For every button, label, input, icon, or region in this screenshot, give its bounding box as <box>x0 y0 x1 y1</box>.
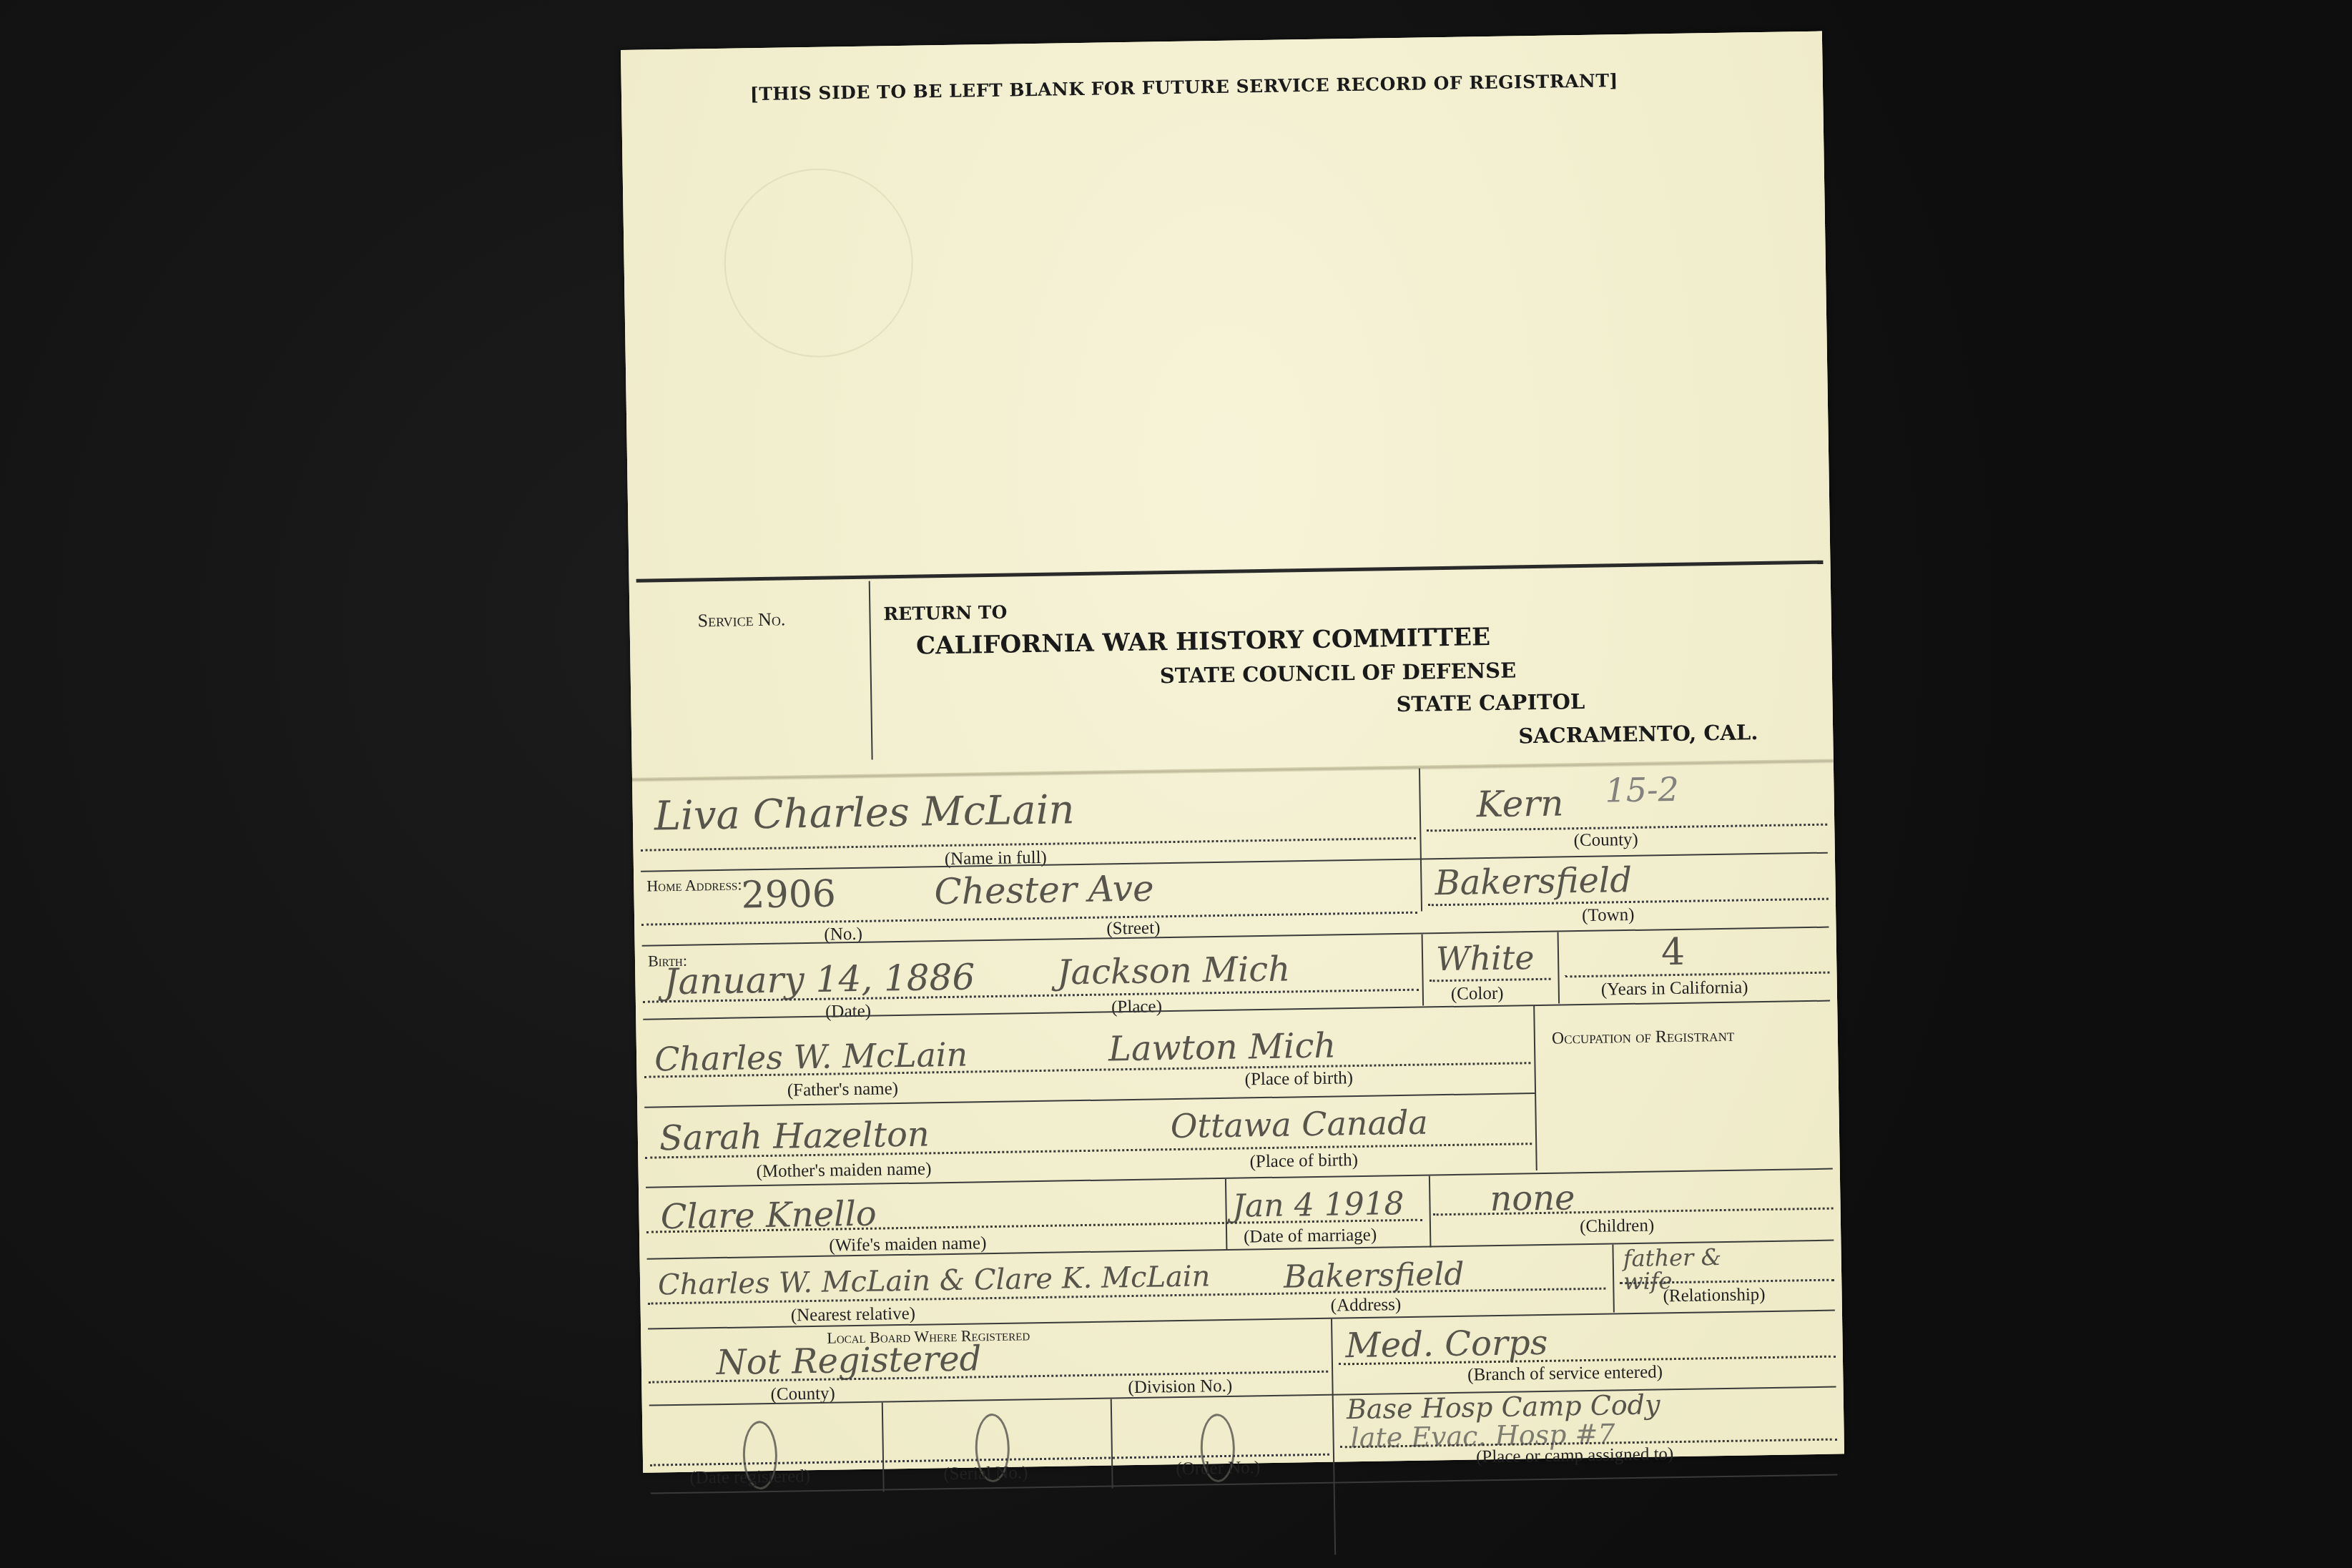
section-rule <box>636 561 1824 583</box>
county-note: 15-2 <box>1605 770 1679 810</box>
place-assigned-label: (Place or camp assigned to) <box>1476 1444 1674 1467</box>
marriage-date-value: Jan 4 1918 <box>1232 1185 1404 1225</box>
address-town-value: Bakersfield <box>1435 860 1632 903</box>
return-line-2: STATE COUNCIL OF DEFENSE <box>1160 658 1517 688</box>
relationship-label: (Relationship) <box>1663 1285 1765 1306</box>
name-value: Liva Charles McLain <box>654 787 1075 839</box>
return-to-label: RETURN TO <box>883 602 1007 625</box>
branch-label: (Branch of service entered) <box>1467 1362 1663 1385</box>
occupation-label: Occupation of Registrant <box>1552 1027 1735 1049</box>
blank-side-heading: [THIS SIDE TO BE LEFT BLANK FOR FUTURE S… <box>750 70 1618 104</box>
service-divider <box>869 581 873 760</box>
birth-color-value: White <box>1436 938 1535 978</box>
return-line-1: CALIFORNIA WAR HISTORY COMMITTEE <box>916 623 1490 661</box>
birth-place-label: (Place) <box>1111 997 1162 1017</box>
birth-date-label: (Date) <box>825 1002 871 1022</box>
mother-birthplace-label: (Place of birth) <box>1249 1150 1358 1172</box>
address-no-value: 2906 <box>741 872 836 917</box>
branch-value: Med. Corps <box>1345 1323 1548 1366</box>
father-birthplace-label: (Place of birth) <box>1245 1068 1354 1090</box>
marriage-date-label: (Date of marriage) <box>1244 1226 1377 1248</box>
nearest-relative-label: (Nearest relative) <box>791 1304 916 1326</box>
mother-birthplace-value: Ottawa Canada <box>1170 1103 1428 1145</box>
serial-no-label: (Serial No.) <box>943 1463 1028 1484</box>
faint-stamp-impression <box>723 167 915 359</box>
division-no-label: (Division No.) <box>1128 1376 1232 1398</box>
return-line-4: SACRAMENTO, CAL. <box>1518 720 1758 748</box>
years-in-california-label: (Years in California) <box>1601 977 1748 1000</box>
years-in-california-value: 4 <box>1661 931 1686 975</box>
relative-address-label: (Address) <box>1330 1295 1401 1316</box>
mother-name-value: Sarah Hazelton <box>659 1114 930 1158</box>
birth-place-value: Jackson Mich <box>1057 949 1291 992</box>
mother-name-label: (Mother's maiden name) <box>756 1159 931 1182</box>
address-town-label: (Town) <box>1582 905 1635 926</box>
father-birthplace-value: Lawton Mich <box>1108 1025 1337 1069</box>
address-street-value: Chester Ave <box>934 867 1154 912</box>
home-address-label: Home Address: <box>646 876 742 894</box>
county-label: (County) <box>1573 830 1638 851</box>
county-value: Kern <box>1476 782 1564 825</box>
address-street-label: (Street) <box>1106 918 1160 939</box>
return-line-3: STATE CAPITOL <box>1396 689 1585 716</box>
order-no-label: (Order No.) <box>1176 1458 1260 1479</box>
children-label: (Children) <box>1580 1216 1655 1238</box>
date-registered-label: (Date registered) <box>689 1466 810 1489</box>
birth-color-label: (Color) <box>1451 984 1504 1005</box>
service-no-label: Service No. <box>697 608 785 631</box>
father-name-label: (Father's name) <box>787 1079 899 1100</box>
record-card: [THIS SIDE TO BE LEFT BLANK FOR FUTURE S… <box>621 31 1844 1473</box>
